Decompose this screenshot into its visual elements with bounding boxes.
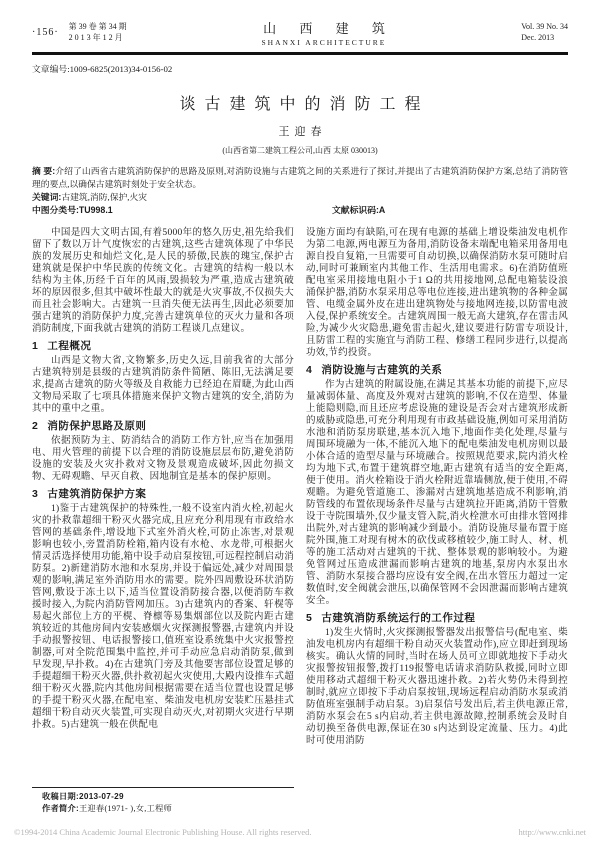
cnki-url: http://www.cnki.net <box>519 827 586 837</box>
received-date-value: 2013-07-29 <box>79 792 124 801</box>
classification-line: 中图分类号:TU998.1文献标识码:A <box>32 204 568 217</box>
section-5-title: 古建筑消防系统运行的工作过程 <box>321 612 475 624</box>
keywords-text: 古建筑,消防,保护,火灾 <box>61 192 147 202</box>
issue-volume: 第 39 卷 第 34 期 <box>69 22 127 33</box>
abstract-paragraph: 摘 要:介绍了山西省古建筑消防保护的思路及原则,对消防设施与古建筑之间的关系进行… <box>32 165 568 191</box>
received-date-label: 收稿日期: <box>42 792 79 801</box>
left-column: 中国是四大文明古国,有着5000年的悠久历史,祖先给我们留下了数以万计气度恢宏的… <box>32 227 294 815</box>
continuation-paragraph: 设施方面均有缺陷,可在现有电源的基础上增设柴油发电机作为第二电源,两电源互为备用… <box>306 227 568 359</box>
cnki-footer: ©1994-2014 China Academic Journal Electr… <box>14 827 586 837</box>
abstract-block: 摘 要:介绍了山西省古建筑消防保护的思路及原则,对消防设施与古建筑之间的关系进行… <box>32 165 568 218</box>
section-5-heading: 5古建筑消防系统运行的工作过程 <box>306 612 568 624</box>
header-left: ·156· 第 39 卷 第 34 期 2 0 1 3 年 1 2 月 <box>32 22 127 44</box>
first-page-footnote: 收稿日期:2013-07-29 作者简介:王迎春(1971- ),女,工程师 <box>32 787 294 815</box>
volume-en: Vol. 39 No. 34 <box>521 22 568 33</box>
author-bio-label: 作者简介: <box>42 804 79 813</box>
footnote-rule <box>32 787 294 789</box>
section-5-number: 5 <box>306 612 312 624</box>
document-code: 文献标识码:A <box>332 204 385 217</box>
author-affiliation: (山西省第二建筑工程公司,山西 太原 030013) <box>32 145 568 156</box>
section-2-number: 2 <box>32 420 38 432</box>
paper-title: 谈古建筑中的消防工程 <box>32 91 568 114</box>
right-column: 设施方面均有缺陷,可在现有电源的基础上增设柴油发电机作为第二电源,两电源互为备用… <box>306 227 568 815</box>
date-en: Dec. 2013 <box>521 33 568 44</box>
section-2-heading: 2消防保护思路及原则 <box>32 420 294 432</box>
section-1-heading: 1工程概况 <box>32 340 294 352</box>
author-name: 王迎春 <box>32 123 568 139</box>
section-5-paragraph: 1)发生火情时,火灾探测报警器发出报警信号(配电室、柴油发电机房内有超细干粉自动… <box>306 627 568 747</box>
intro-paragraph: 中国是四大文明古国,有着5000年的悠久历史,祖先给我们留下了数以万计气度恢宏的… <box>32 227 294 335</box>
article-id: 文章编号:1009-6825(2013)34-0156-02 <box>32 62 568 75</box>
copyright-text: ©1994-2014 China Academic Journal Electr… <box>14 827 312 837</box>
header-right: Vol. 39 No. 34 Dec. 2013 <box>521 22 568 44</box>
issue-date-cn: 2 0 1 3 年 1 2 月 <box>69 33 127 44</box>
author-bio-line: 作者简介:王迎春(1971- ),女,工程师 <box>32 803 294 815</box>
section-4-number: 4 <box>306 364 312 376</box>
abstract-label: 摘 要: <box>32 166 55 176</box>
section-2-paragraph: 依据预防为主、防消结合的消防工作方针,应当在加强用电、用火管理的前提下以合理的消… <box>32 435 294 483</box>
section-2-title: 消防保护思路及原则 <box>47 420 146 432</box>
body-columns: 中国是四大文明古国,有着5000年的悠久历史,祖先给我们留下了数以万计气度恢宏的… <box>32 227 568 815</box>
header-rule <box>32 52 568 55</box>
section-3-paragraph: 1)鉴于古建筑保护的特殊性,一般不设室内消火栓,初起火灾的扑救靠超细干粉灭火器完… <box>32 503 294 731</box>
journal-header: ·156· 第 39 卷 第 34 期 2 0 1 3 年 1 2 月 山 西 … <box>32 0 568 47</box>
journal-name-block: 山 西 建 筑 SHANXI ARCHITECTURE <box>253 18 395 47</box>
section-1-number: 1 <box>32 340 38 352</box>
page-number: ·156· <box>32 27 59 38</box>
section-1-paragraph: 山西是文物大省,文物繁多,历史久远,目前我省的大部分古建筑特别是县级的古建筑消防… <box>32 355 294 415</box>
section-3-number: 3 <box>32 488 38 500</box>
clc-number: 中图分类号:TU998.1 <box>32 205 113 215</box>
keywords-label: 关键词: <box>32 192 61 202</box>
author-bio-value: 王迎春(1971- ),女,工程师 <box>79 804 172 813</box>
issue-info: 第 39 卷 第 34 期 2 0 1 3 年 1 2 月 <box>69 22 127 44</box>
journal-title-cn: 山 西 建 筑 <box>253 18 395 37</box>
abstract-text: 介绍了山西省古建筑消防保护的思路及原则,对消防设施与古建筑之间的关系进行了探讨,… <box>32 166 568 189</box>
paper-page: ·156· 第 39 卷 第 34 期 2 0 1 3 年 1 2 月 山 西 … <box>0 0 600 849</box>
journal-title-en: SHANXI ARCHITECTURE <box>253 38 395 47</box>
section-4-paragraph: 作为古建筑的附属设施,在满足其基本功能的前提下,应尽量减弱体量、高度及外观对古建… <box>306 379 568 607</box>
section-3-heading: 3古建筑消防保护方案 <box>32 488 294 500</box>
received-date-line: 收稿日期:2013-07-29 <box>32 791 294 803</box>
section-4-title: 消防设施与古建筑的关系 <box>321 364 442 376</box>
section-3-title: 古建筑消防保护方案 <box>47 488 146 500</box>
section-4-heading: 4消防设施与古建筑的关系 <box>306 364 568 376</box>
keywords-line: 关键词:古建筑,消防,保护,火灾 <box>32 191 568 204</box>
section-1-title: 工程概况 <box>47 340 91 352</box>
